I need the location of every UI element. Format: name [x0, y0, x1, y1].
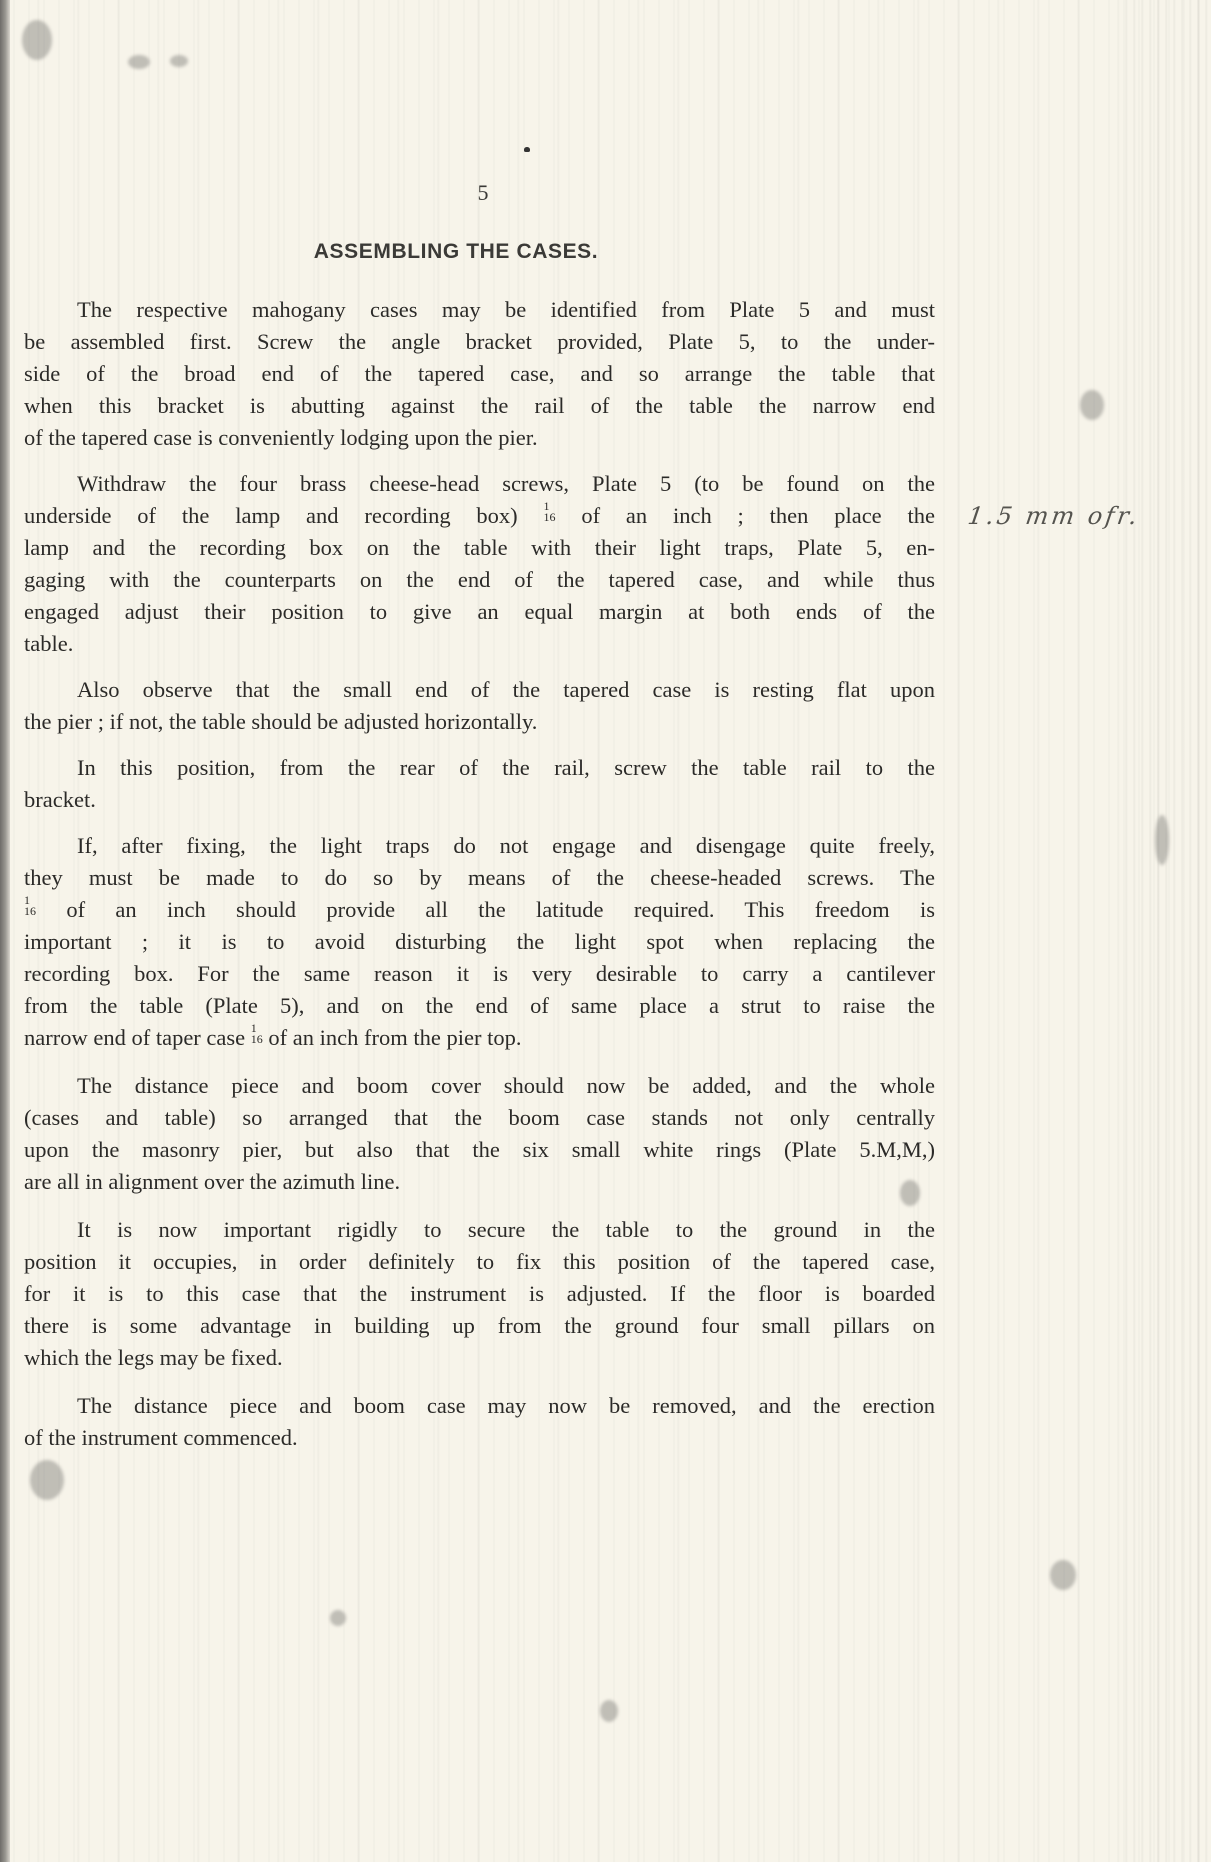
- paragraph-gap: [24, 816, 935, 830]
- scan-speck: [1080, 390, 1104, 420]
- text-line: are all in alignment over the azimuth li…: [24, 1166, 935, 1198]
- text-line: for it is to this case that the instrume…: [24, 1278, 935, 1310]
- scan-speck: [1050, 1560, 1076, 1590]
- document-page: 5 ASSEMBLING THE CASES. 1.5 mm ofr. The …: [0, 0, 1211, 1862]
- text-line: If, after fixing, the light traps do not…: [24, 830, 935, 862]
- paragraph-gap: [24, 1054, 935, 1070]
- text-line: gaging with the counterparts on the end …: [24, 564, 935, 596]
- text-line: 116 of an inch should provide all the la…: [24, 894, 935, 926]
- fraction-one-sixteenth: 116: [24, 895, 36, 917]
- text-line: when this bracket is abutting against th…: [24, 390, 935, 422]
- text-line: upon the masonry pier, but also that the…: [24, 1134, 935, 1166]
- text-line: The distance piece and boom cover should…: [24, 1070, 935, 1102]
- section-title: ASSEMBLING THE CASES.: [282, 240, 630, 264]
- paragraph: The respective mahogany cases may be ide…: [24, 294, 935, 454]
- paragraph: If, after fixing, the light traps do not…: [24, 830, 935, 1054]
- text-line: they must be made to do so by means of t…: [24, 862, 935, 894]
- paragraph-gap: [24, 1374, 935, 1390]
- text-line: recording box. For the same reason it is…: [24, 958, 935, 990]
- scan-speck: [128, 55, 150, 69]
- text-line: Also observe that the small end of the t…: [24, 674, 935, 706]
- text-line: The respective mahogany cases may be ide…: [24, 294, 935, 326]
- text-line: lamp and the recording box on the table …: [24, 532, 935, 564]
- text-line: of the instrument commenced.: [24, 1422, 935, 1454]
- text-line: be assembled first. Screw the angle brac…: [24, 326, 935, 358]
- page-edge-shadow: [0, 0, 10, 1862]
- paragraph: The distance piece and boom cover should…: [24, 1070, 935, 1198]
- text-line: bracket.: [24, 784, 935, 816]
- text-line: Withdraw the four brass cheese-head scre…: [24, 468, 935, 500]
- paragraph-gap: [24, 1198, 935, 1214]
- text-line: In this position, from the rear of the r…: [24, 752, 935, 784]
- paragraph-gap: [24, 454, 935, 468]
- text-line: underside of the lamp and recording box)…: [24, 500, 935, 532]
- page-number: 5: [473, 180, 493, 206]
- paragraph: Also observe that the small end of the t…: [24, 674, 935, 738]
- text-line: (cases and table) so arranged that the b…: [24, 1102, 935, 1134]
- paragraph: In this position, from the rear of the r…: [24, 752, 935, 816]
- scan-speck: [600, 1700, 618, 1722]
- text-line: from the table (Plate 5), and on the end…: [24, 990, 935, 1022]
- text-line: position it occupies, in order definitel…: [24, 1246, 935, 1278]
- fraction-one-sixteenth: 116: [543, 501, 555, 523]
- paragraph-gap: [24, 738, 935, 752]
- text-line: important ; it is to avoid disturbing th…: [24, 926, 935, 958]
- text-line: engaged adjust their position to give an…: [24, 596, 935, 628]
- paragraph: The distance piece and boom case may now…: [24, 1390, 935, 1454]
- scan-speck: [30, 1460, 64, 1500]
- scan-speck: [330, 1610, 346, 1626]
- text-line: table.: [24, 628, 935, 660]
- scan-speck: [22, 20, 52, 60]
- paragraph: Withdraw the four brass cheese-head scre…: [24, 468, 935, 660]
- handwritten-annotation: 1.5 mm ofr.: [966, 502, 1200, 530]
- fraction-one-sixteenth: 116: [251, 1023, 263, 1045]
- scan-speck: [1155, 815, 1169, 865]
- text-line: The distance piece and boom case may now…: [24, 1390, 935, 1422]
- text-line: there is some advantage in building up f…: [24, 1310, 935, 1342]
- scan-speck: [170, 55, 188, 67]
- paragraph-gap: [24, 660, 935, 674]
- body-text: The respective mahogany cases may be ide…: [24, 294, 935, 1454]
- text-line: It is now important rigidly to secure th…: [24, 1214, 935, 1246]
- ink-mark: [524, 147, 530, 152]
- text-line: the pier ; if not, the table should be a…: [24, 706, 935, 738]
- right-edge-streaks: [1120, 0, 1211, 1862]
- text-line: which the legs may be fixed.: [24, 1342, 935, 1374]
- paragraph: It is now important rigidly to secure th…: [24, 1214, 935, 1374]
- text-line: of the tapered case is conveniently lodg…: [24, 422, 935, 454]
- text-line: narrow end of taper case 116 of an inch …: [24, 1022, 935, 1054]
- text-line: side of the broad end of the tapered cas…: [24, 358, 935, 390]
